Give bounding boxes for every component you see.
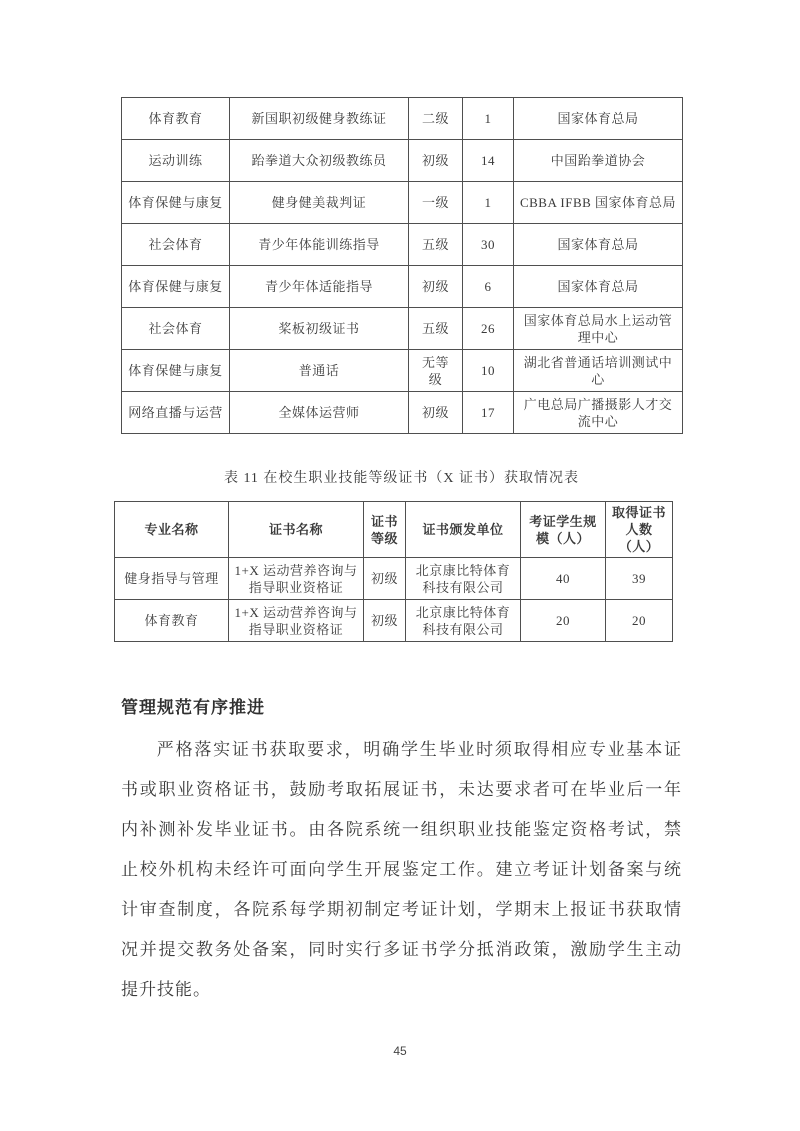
cert-name-cell: 新国职初级健身教练证 <box>230 98 409 140</box>
table-row: 社会体育 青少年体能训练指导 五级 30 国家体育总局 <box>122 224 683 266</box>
major-cell: 运动训练 <box>122 140 230 182</box>
cert-name-cell: 1+X 运动营养咨询与指导职业资格证 <box>229 600 364 642</box>
level-cell: 五级 <box>409 224 463 266</box>
cert-name-cell: 1+X 运动营养咨询与指导职业资格证 <box>229 558 364 600</box>
count-cell: 30 <box>463 224 514 266</box>
certificate-acquisition-table: 体育教育 新国职初级健身教练证 二级 1 国家体育总局 运动训练 跆拳道大众初级… <box>121 97 683 434</box>
paragraph-line: 计审查制度，各院系每学期初制定考证计划，学期末上报证书获取情 <box>121 890 682 930</box>
issuer-cell: 广电总局广播摄影人才交流中心 <box>514 392 683 434</box>
issuer-cell: CBBA IFBB 国家体育总局 <box>514 182 683 224</box>
level-cell: 一级 <box>409 182 463 224</box>
header-major: 专业名称 <box>115 502 229 558</box>
level-cell: 初级 <box>409 266 463 308</box>
cert-name-cell: 青少年体能训练指导 <box>230 224 409 266</box>
table-row: 体育保健与康复 青少年体适能指导 初级 6 国家体育总局 <box>122 266 683 308</box>
major-cell: 社会体育 <box>122 224 230 266</box>
x-certificate-table: 专业名称 证书名称 证书等级 证书颁发单位 考证学生规模（人） 取得证书人数（人… <box>114 501 673 642</box>
cert-name-cell: 普通话 <box>230 350 409 392</box>
major-cell: 社会体育 <box>122 308 230 350</box>
major-cell: 健身指导与管理 <box>115 558 229 600</box>
table-row: 体育教育 1+X 运动营养咨询与指导职业资格证 初级 北京康比特体育科技有限公司… <box>115 600 673 642</box>
count-cell: 26 <box>463 308 514 350</box>
major-cell: 体育保健与康复 <box>122 350 230 392</box>
table-caption: 表 11 在校生职业技能等级证书（X 证书）获取情况表 <box>121 469 682 489</box>
paragraph-line: 提升技能。 <box>121 970 682 1010</box>
table-row: 体育保健与康复 普通话 无等级 10 湖北省普通话培训测试中心 <box>122 350 683 392</box>
cert-name-cell: 健身健美裁判证 <box>230 182 409 224</box>
candidates-cell: 40 <box>521 558 606 600</box>
header-issuer: 证书颁发单位 <box>406 502 521 558</box>
paragraph-line: 内补测补发毕业证书。由各院系统一组织职业技能鉴定资格考试，禁 <box>121 810 682 850</box>
paragraph-line: 止校外机构未经许可面向学生开展鉴定工作。建立考证计划备案与统 <box>121 850 682 890</box>
cert-name-cell: 青少年体适能指导 <box>230 266 409 308</box>
count-cell: 10 <box>463 350 514 392</box>
table-row: 体育教育 新国职初级健身教练证 二级 1 国家体育总局 <box>122 98 683 140</box>
header-candidates: 考证学生规模（人） <box>521 502 606 558</box>
page-number: 45 <box>0 1044 800 1058</box>
cert-name-cell: 跆拳道大众初级教练员 <box>230 140 409 182</box>
issuer-cell: 中国跆拳道协会 <box>514 140 683 182</box>
header-obtained: 取得证书人数（人） <box>606 502 673 558</box>
section-heading: 管理规范有序推进 <box>121 696 672 720</box>
issuer-cell: 北京康比特体育科技有限公司 <box>406 600 521 642</box>
level-cell: 初级 <box>409 392 463 434</box>
table-row: 网络直播与运营 全媒体运营师 初级 17 广电总局广播摄影人才交流中心 <box>122 392 683 434</box>
level-cell: 初级 <box>409 140 463 182</box>
count-cell: 14 <box>463 140 514 182</box>
issuer-cell: 国家体育总局 <box>514 224 683 266</box>
header-cert-level: 证书等级 <box>364 502 406 558</box>
issuer-cell: 国家体育总局 <box>514 266 683 308</box>
level-cell: 无等级 <box>409 350 463 392</box>
level-cell: 初级 <box>364 600 406 642</box>
issuer-cell: 国家体育总局 <box>514 98 683 140</box>
major-cell: 体育教育 <box>115 600 229 642</box>
level-cell: 五级 <box>409 308 463 350</box>
paragraph-line: 严格落实证书获取要求，明确学生毕业时须取得相应专业基本证 <box>121 730 682 770</box>
table-row: 体育保健与康复 健身健美裁判证 一级 1 CBBA IFBB 国家体育总局 <box>122 182 683 224</box>
candidates-cell: 20 <box>521 600 606 642</box>
level-cell: 二级 <box>409 98 463 140</box>
major-cell: 网络直播与运营 <box>122 392 230 434</box>
paragraph-line: 况并提交教务处备案，同时实行多证书学分抵消政策，激励学生主动 <box>121 930 682 970</box>
major-cell: 体育教育 <box>122 98 230 140</box>
count-cell: 6 <box>463 266 514 308</box>
level-cell: 初级 <box>364 558 406 600</box>
issuer-cell: 国家体育总局水上运动管理中心 <box>514 308 683 350</box>
count-cell: 1 <box>463 98 514 140</box>
major-cell: 体育保健与康复 <box>122 182 230 224</box>
cert-name-cell: 桨板初级证书 <box>230 308 409 350</box>
obtained-cell: 39 <box>606 558 673 600</box>
document-page: 体育教育 新国职初级健身教练证 二级 1 国家体育总局 运动训练 跆拳道大众初级… <box>0 0 800 1131</box>
table-row: 健身指导与管理 1+X 运动营养咨询与指导职业资格证 初级 北京康比特体育科技有… <box>115 558 673 600</box>
issuer-cell: 北京康比特体育科技有限公司 <box>406 558 521 600</box>
major-cell: 体育保健与康复 <box>122 266 230 308</box>
paragraph-line: 书或职业资格证书，鼓励考取拓展证书，未达要求者可在毕业后一年 <box>121 770 682 810</box>
issuer-cell: 湖北省普通话培训测试中心 <box>514 350 683 392</box>
table-row: 社会体育 桨板初级证书 五级 26 国家体育总局水上运动管理中心 <box>122 308 683 350</box>
body-paragraph: 严格落实证书获取要求，明确学生毕业时须取得相应专业基本证 书或职业资格证书，鼓励… <box>121 730 682 1010</box>
table-header-row: 专业名称 证书名称 证书等级 证书颁发单位 考证学生规模（人） 取得证书人数（人… <box>115 502 673 558</box>
count-cell: 1 <box>463 182 514 224</box>
header-cert-name: 证书名称 <box>229 502 364 558</box>
table-row: 运动训练 跆拳道大众初级教练员 初级 14 中国跆拳道协会 <box>122 140 683 182</box>
cert-name-cell: 全媒体运营师 <box>230 392 409 434</box>
obtained-cell: 20 <box>606 600 673 642</box>
count-cell: 17 <box>463 392 514 434</box>
